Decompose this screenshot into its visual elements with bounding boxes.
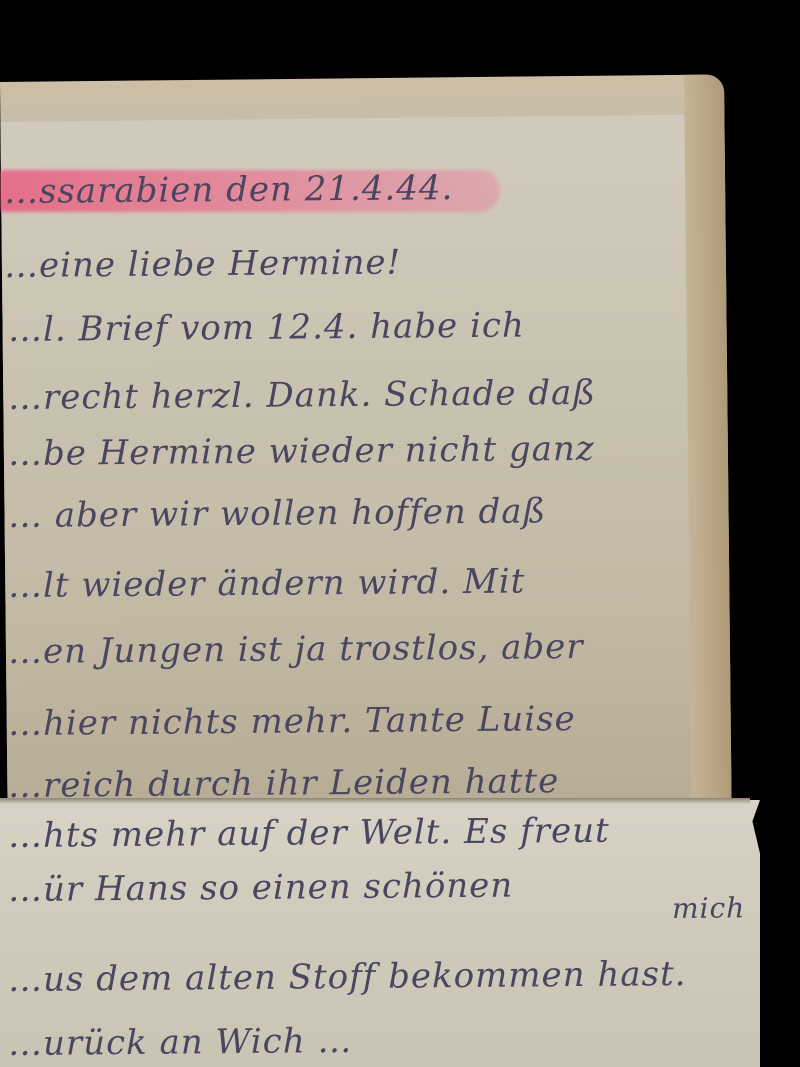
letter-line: …reich durch ihr Leiden hatte (8, 761, 560, 806)
letter-margin-note: mich (672, 891, 746, 925)
aged-paper-edge (684, 74, 732, 802)
letter-line: …us dem alten Stoff bekommen hast. (8, 954, 687, 1000)
letter-line: …recht herzl. Dank. Schade daß (8, 373, 596, 418)
letter-header-date: …ssarabien den 21.4.44. (4, 168, 454, 212)
letter-line: … aber wir wollen hoffen daß (8, 491, 547, 536)
letter-line: …hts mehr auf der Welt. Es freut (8, 811, 610, 856)
letter-line: …hier nichts mehr. Tante Luise (8, 699, 576, 744)
letter-line: …l. Brief vom 12.4. habe ich (8, 305, 525, 350)
letter-line: …ür Hans so einen schönen (8, 866, 514, 910)
letter-line: …en Jungen ist ja trostlos, aber (8, 627, 584, 672)
letter-line: …lt wieder ändern wird. Mit (8, 561, 526, 606)
letter-line: …be Hermine wieder nicht ganz (8, 429, 595, 474)
letter-salutation: …eine liebe Hermine! (4, 243, 402, 286)
letter-line: …urück an Wich … (8, 1021, 353, 1064)
